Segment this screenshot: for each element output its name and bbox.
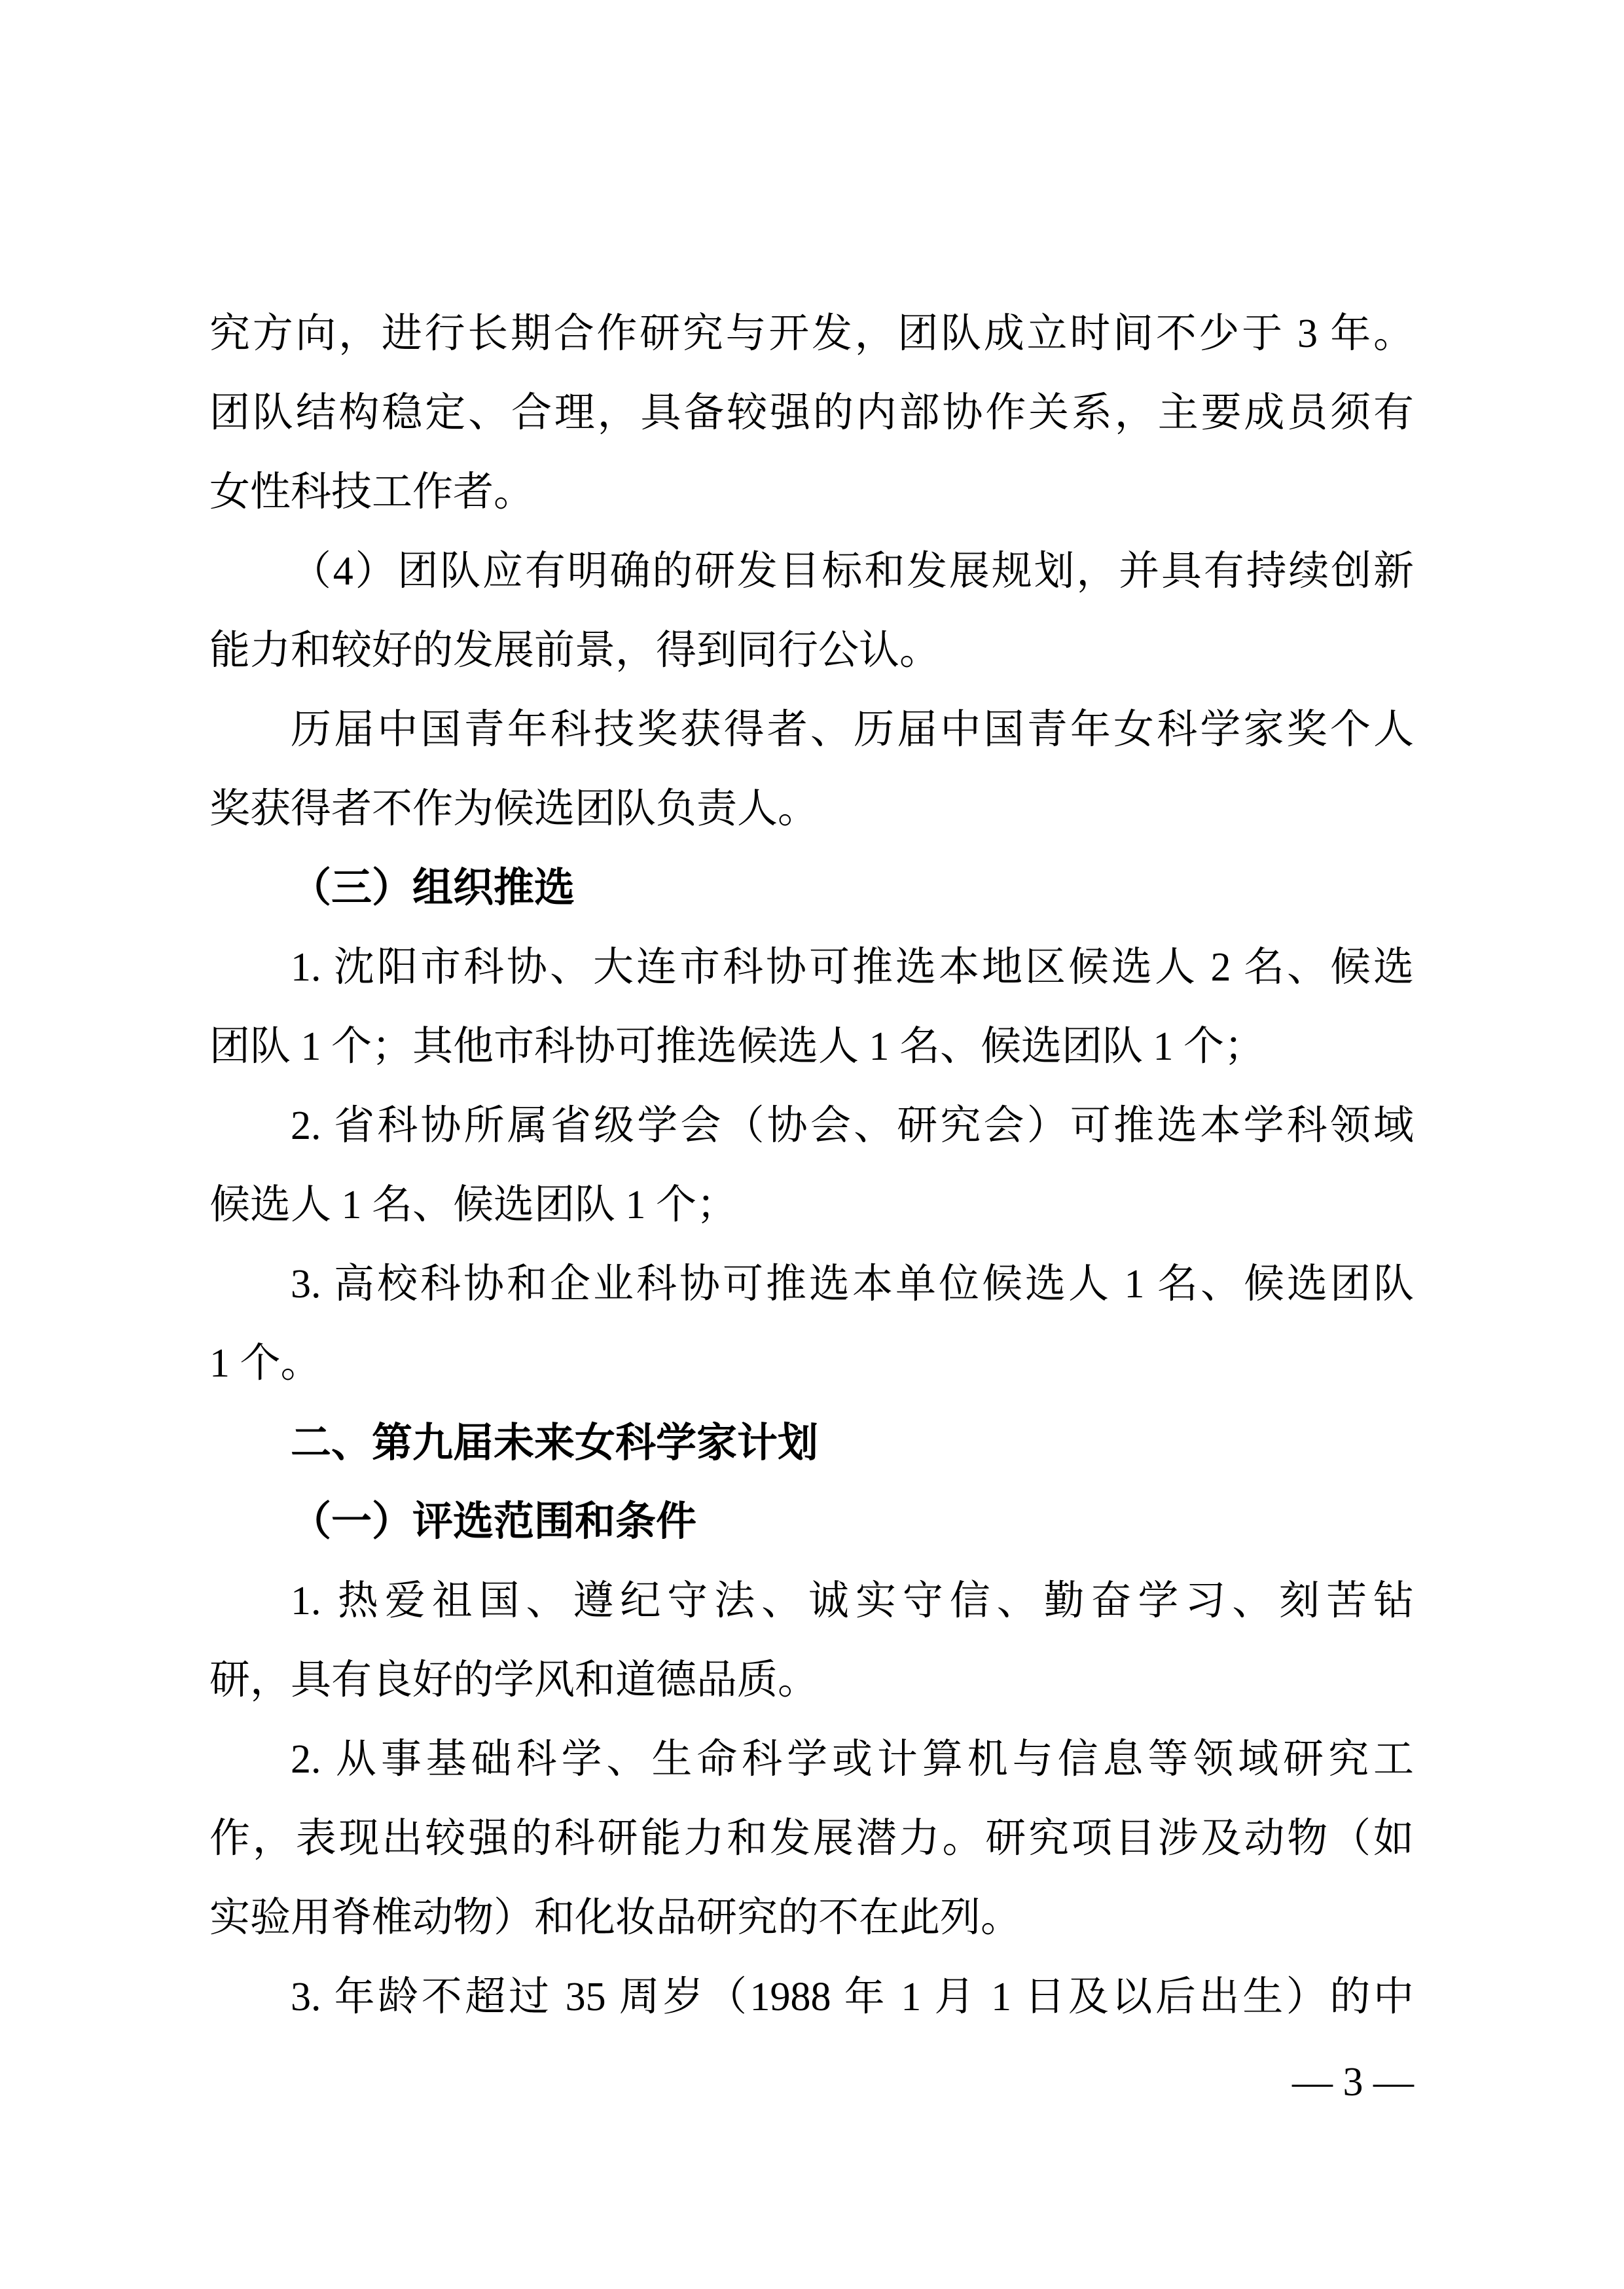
doc-line: 团队结构稳定、合理，具备较强的内部协作关系，主要成员须有: [209, 374, 1414, 453]
doc-line: 1 个。: [209, 1324, 1414, 1403]
doc-line: 2. 从事基础科学、生命科学或计算机与信息等领域研究工: [209, 1720, 1414, 1799]
doc-line: 女性科技工作者。: [209, 453, 1414, 532]
doc-line: 作，表现出较强的科研能力和发展潜力。研究项目涉及动物（如: [209, 1799, 1414, 1879]
doc-line: 2. 省科协所属省级学会（协会、研究会）可推选本学科领域: [209, 1087, 1414, 1166]
doc-line: 1. 沈阳市科协、大连市科协可推选本地区候选人 2 名、候选: [209, 928, 1414, 1007]
doc-line: 能力和较好的发展前景，得到同行公认。: [209, 611, 1414, 691]
doc-line: 究方向，进行长期合作研究与开发，团队成立时间不少于 3 年。: [209, 295, 1414, 374]
doc-line: 团队 1 个；其他市科协可推选候选人 1 名、候选团队 1 个；: [209, 1007, 1414, 1087]
subsection-heading: （三）组织推选: [209, 849, 1414, 928]
doc-line: 候选人 1 名、候选团队 1 个；: [209, 1166, 1414, 1245]
doc-line: 实验用脊椎动物）和化妆品研究的不在此列。: [209, 1879, 1414, 1958]
doc-line: 奖获得者不作为候选团队负责人。: [209, 770, 1414, 849]
doc-line: 1. 热爱祖国、遵纪守法、诚实守信、勤奋学习、刻苦钻: [209, 1562, 1414, 1641]
body-text: 究方向，进行长期合作研究与开发，团队成立时间不少于 3 年。 团队结构稳定、合理…: [209, 295, 1414, 2037]
doc-line: 历届中国青年科技奖获得者、历届中国青年女科学家奖个人: [209, 691, 1414, 770]
page-number: — 3 —: [209, 2061, 1414, 2104]
document-page: 究方向，进行长期合作研究与开发，团队成立时间不少于 3 年。 团队结构稳定、合理…: [0, 0, 1624, 2289]
doc-line: （4）团队应有明确的研发目标和发展规划，并具有持续创新: [209, 532, 1414, 611]
doc-line: 3. 高校科协和企业科协可推选本单位候选人 1 名、候选团队: [209, 1245, 1414, 1324]
doc-line: 3. 年龄不超过 35 周岁（1988 年 1 月 1 日及以后出生）的中: [209, 1958, 1414, 2037]
chapter-heading: 二、第九届未来女科学家计划: [209, 1403, 1414, 1483]
subsection-heading: （一）评选范围和条件: [209, 1483, 1414, 1562]
doc-line: 研，具有良好的学风和道德品质。: [209, 1641, 1414, 1720]
